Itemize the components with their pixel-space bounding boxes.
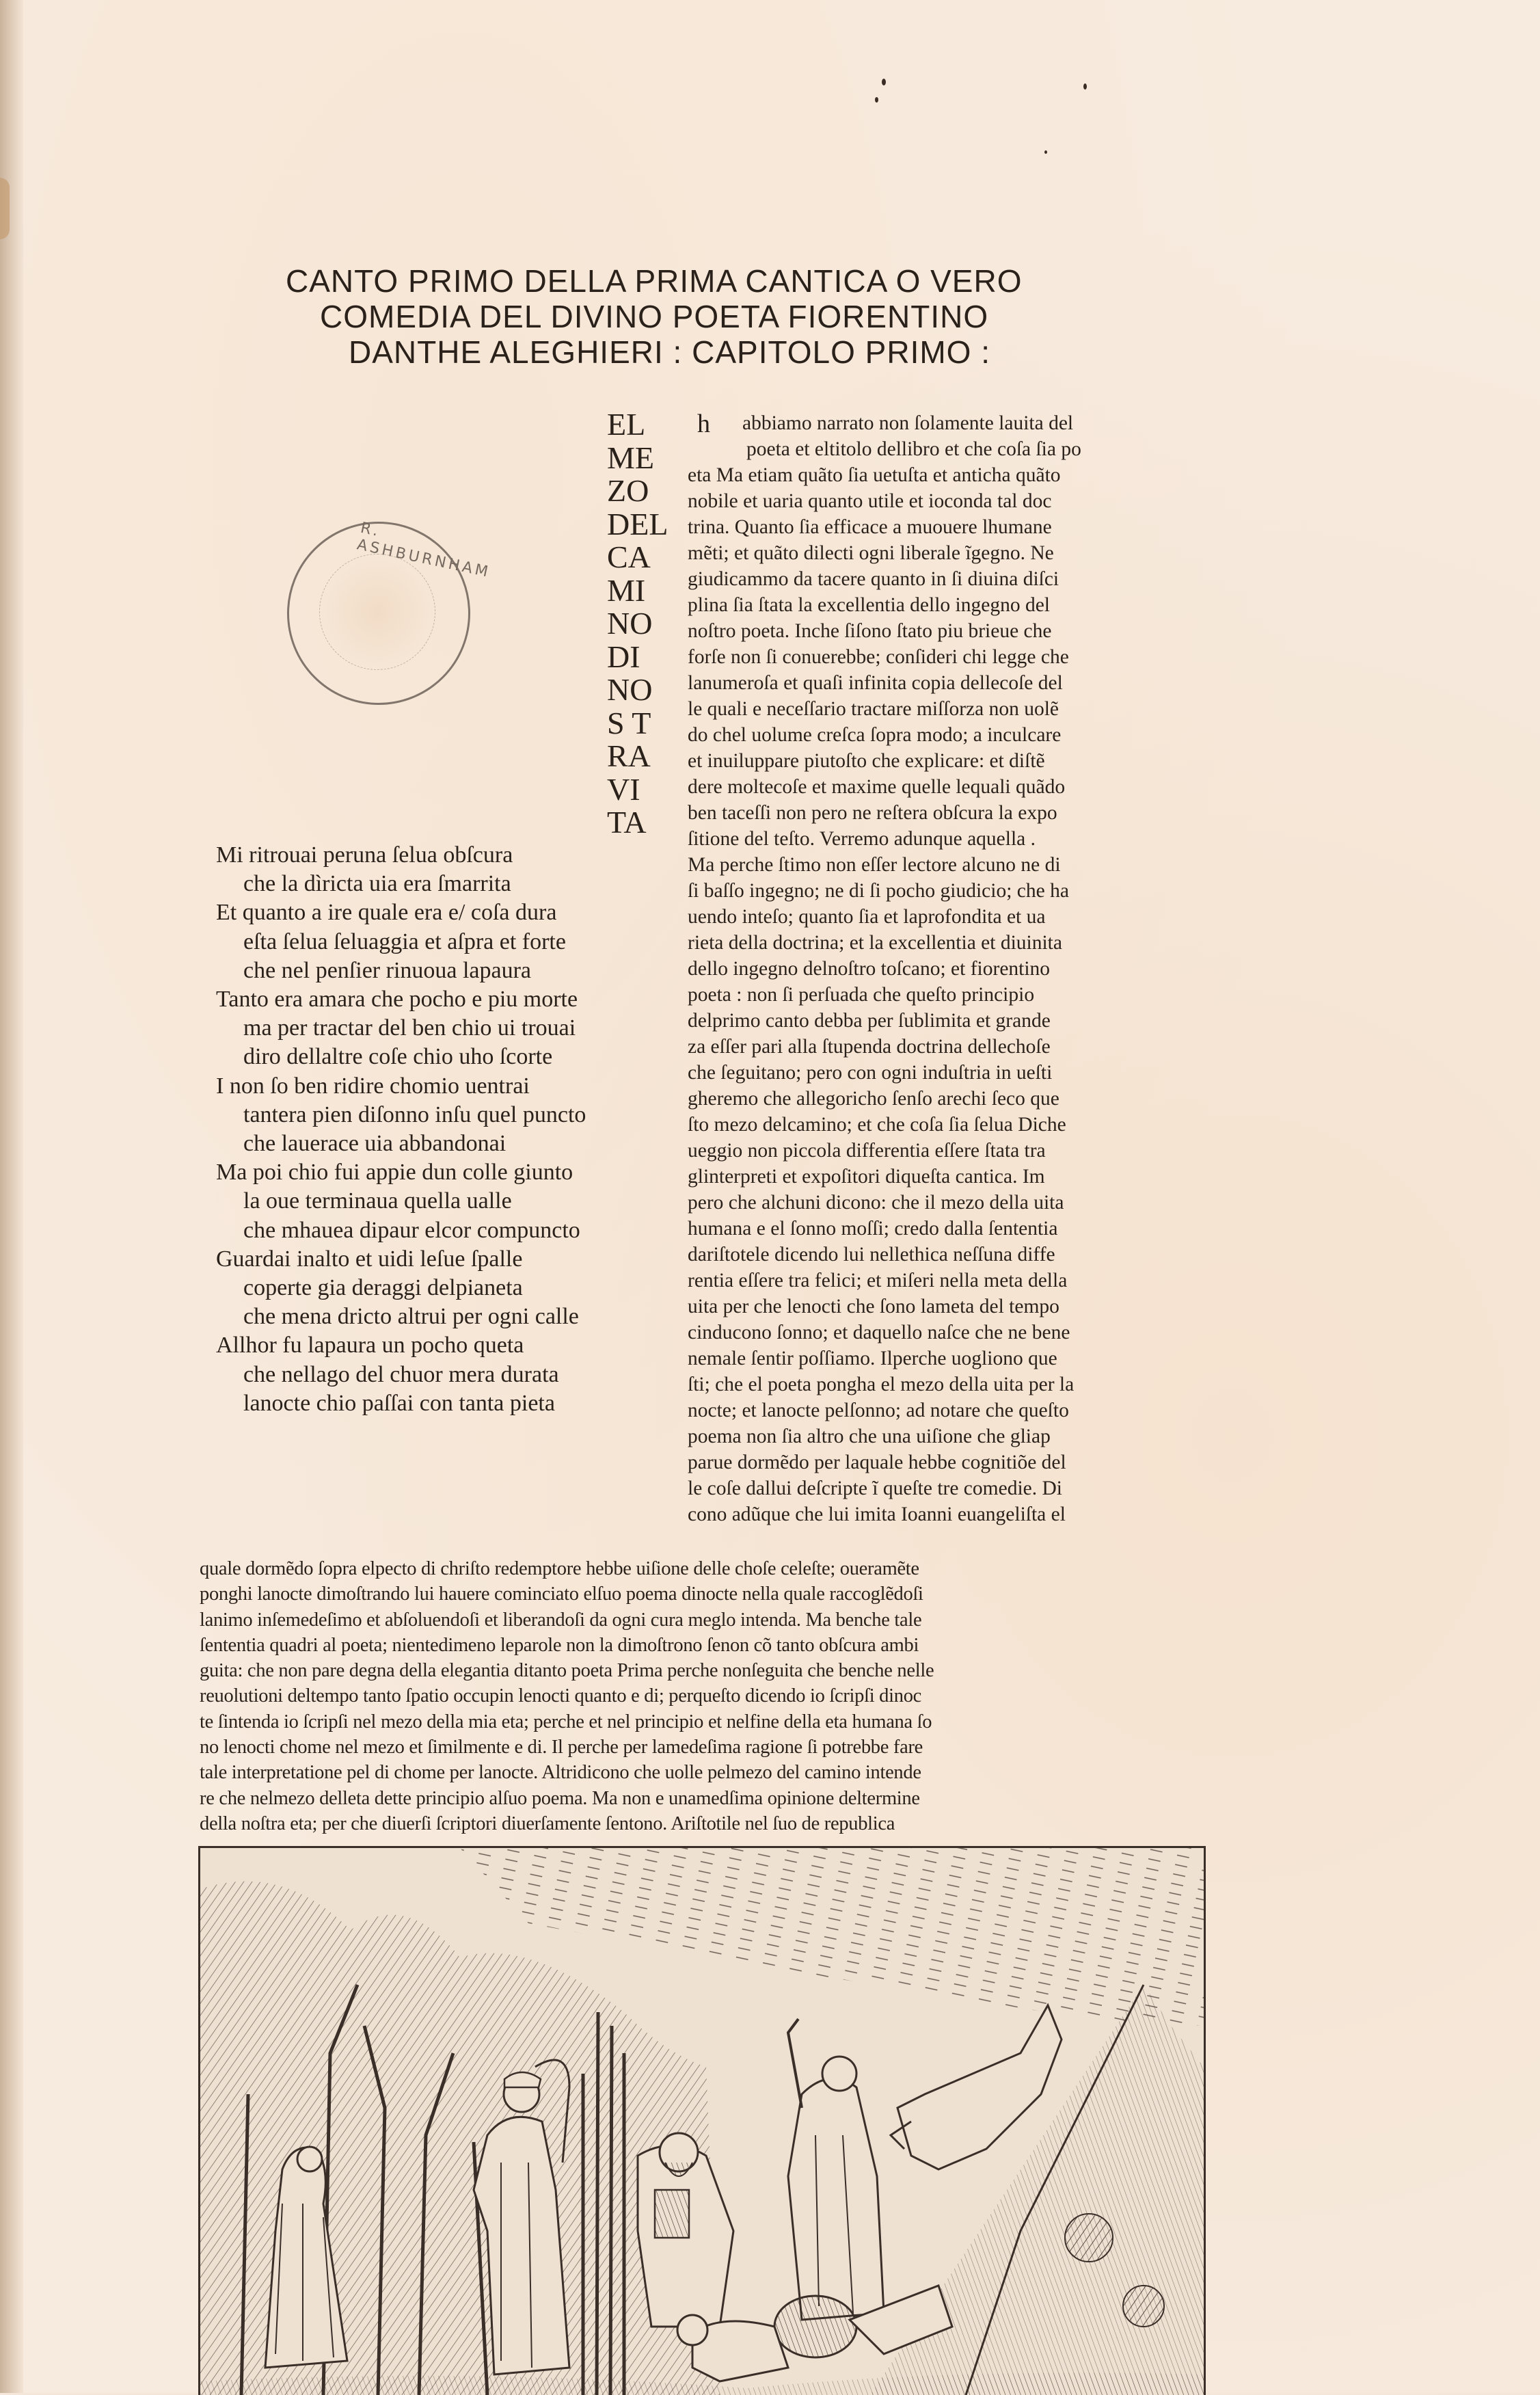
commentary-line: guita: che non pare degna della eleganti… (200, 1658, 1143, 1683)
commentary-line: rieta della doctrina; et la excellentia … (688, 930, 1139, 956)
commentary-line: noſtro poeta. Inche ſiſono ſtato piu bri… (688, 618, 1139, 644)
verse-line: eſta ſelua ſeluaggia et aſpra et forte (216, 928, 681, 956)
initial-line: ME (607, 442, 682, 475)
commentary-line: rentia eſſere tra felici; et miſeri nell… (688, 1268, 1139, 1294)
commentary-line: uendo inteſo; quanto ſia et laprofondita… (688, 904, 1139, 930)
commentary-line: ſto mezo delcamino; et che coſa ſia ſelu… (688, 1112, 1139, 1138)
initial-line: ZO (607, 474, 682, 508)
commentary-line: uita per che lenocti che ſono lameta del… (688, 1294, 1139, 1320)
verse-line: che lauerace uia abbandonai (216, 1129, 681, 1158)
commentary-line: tale interpretatione pel di chome per la… (200, 1760, 1143, 1785)
commentary-line: dello ingegno delnoſtro toſcano; et fior… (688, 956, 1139, 982)
commentary-line: no lenocti chome nel mezo et ſimilmente … (200, 1735, 1143, 1760)
verse-line: la oue terminaua quella ualle (216, 1187, 681, 1216)
commentary-line: et inuiluppare piutoſto che explicare: e… (688, 748, 1139, 774)
commentary-line: dariſtotele dicendo lui nellethica neſſu… (688, 1242, 1139, 1268)
commentary-line: che ſeguitano; pero con ogni induſtria i… (688, 1060, 1139, 1086)
commentary-line: pero che alchuni dicono: che il mezo del… (688, 1190, 1139, 1216)
title-line-3: DANTHE ALEGHIERI : CAPITOLO PRIMO : (280, 334, 1100, 370)
verse-line: che mena dricto altrui per ogni calle (216, 1302, 681, 1331)
commentary-line: della noſtra eta; per che diuerſi ſcript… (200, 1811, 1143, 1836)
commentary-line: ſententia quadri al poeta; nientedimeno … (200, 1633, 1143, 1658)
verse-line: che mhauea dipaur elcor compuncto (216, 1216, 681, 1245)
initial-line: MI (607, 574, 682, 608)
commentary-line: ſi baſſo ingegno; ne di ſi pocho giudici… (688, 878, 1139, 904)
verse-line: che nellago del chuor mera durata (216, 1361, 681, 1389)
commentary-line: forſe non ſi conuerebbe; conſideri chi l… (688, 644, 1139, 670)
book-gutter (0, 0, 23, 2393)
figure-dante-raising-arm (788, 2019, 884, 2320)
verse-line: ma per tractar del ben chio ui trouai (216, 1014, 681, 1043)
ink-speck (1083, 83, 1087, 90)
initial-line: CA (607, 541, 682, 574)
commentary-line: za eſſer pari alla ſtupenda doctrina del… (688, 1034, 1139, 1060)
manuscript-page: CANTO PRIMO DELLA PRIMA CANTICA O VERO C… (0, 0, 1540, 2393)
commentary-line: do chel uolume creſca ſopra modo; a incu… (688, 722, 1139, 748)
verse-line: Ma poi chio fui appie dun colle giunto (216, 1158, 681, 1187)
initial-line: DI (607, 641, 682, 674)
commentary-line: parue dormẽdo per laquale hebbe cognitiõ… (688, 1449, 1139, 1475)
initial-line: RA (607, 740, 682, 773)
commentary-line: plina ſia ſtata la excellentia dello ing… (688, 592, 1139, 618)
initials-column: EL ME ZO DEL CA MI NO DI NO S T RA VI TA (607, 408, 682, 840)
commentary-column: abbiamo narrato non ſolamente lauita del… (688, 410, 1139, 1527)
ink-speck (882, 79, 886, 85)
verse-line: I non ſo ben ridire chomio uentrai (216, 1072, 681, 1101)
verse-line: diro dellaltre coſe chio uho ſcorte (216, 1043, 681, 1071)
title-line-1: CANTO PRIMO DELLA PRIMA CANTICA O VERO (280, 263, 1100, 299)
commentary-line: ueggio non piccola differentia eſſere ſt… (688, 1138, 1139, 1164)
commentary-line: nemale ſentir poſſiamo. Ilperche uoglion… (688, 1346, 1139, 1372)
engraving-scene-icon (200, 1848, 1204, 2393)
commentary-line: reuolutioni deltempo tanto ſpatio occupi… (200, 1683, 1143, 1709)
figure-virgil (638, 2133, 733, 2327)
initial-line: NO (607, 673, 682, 707)
commentary-line: le coſe dallui deſcripte ĩ queſte tre co… (688, 1475, 1139, 1501)
commentary-line: cono adũque che lui imita Ioanni euangel… (688, 1501, 1139, 1527)
verse-line: che nel penſier rinuoua lapaura (216, 956, 681, 985)
stamp-inner-ring (319, 554, 435, 670)
verse-block: Mi ritrouai peruna ſelua obſcura che la … (216, 841, 681, 1418)
verse-line: Tanto era amara che pocho e piu morte (216, 985, 681, 1014)
commentary-line: le quali e neceſſario tractare miſſorza … (688, 696, 1139, 722)
verse-line: che la dìricta uia era ſmarrita (216, 870, 681, 898)
commentary-line: trina. Quanto ſia efficace a muouere lhu… (688, 514, 1139, 540)
commentary-line: mẽti; et quãto dilecti ogni liberale ĩge… (688, 540, 1139, 566)
initial-line: EL (607, 408, 682, 442)
verse-line: tantera pien diſonno inſu quel puncto (216, 1101, 681, 1129)
commentary-line: Ma perche ſtimo non eſſer lectore alcuno… (688, 852, 1139, 878)
initial-line: TA (607, 806, 682, 840)
commentary-line: humana e el ſonno moſſi; credo dalla ſen… (688, 1216, 1139, 1242)
commentary-line: cinducono ſonno; et daquello naſce che n… (688, 1320, 1139, 1346)
verse-line: Et quanto a ire quale era e/ coſa dura (216, 898, 681, 927)
initial-line: NO (607, 607, 682, 641)
full-width-commentary: quale dormẽdo ſopra elpecto di chriſto r… (200, 1556, 1143, 1836)
initial-line: DEL (607, 508, 682, 541)
ink-speck (1044, 150, 1047, 154)
commentary-line: nocte; et lanocte pelſonno; ad notare ch… (688, 1397, 1139, 1423)
woodcut-illustration (198, 1846, 1206, 2393)
commentary-line: ben taceſſi non pero ne reſtera obſcura … (688, 800, 1139, 826)
title-line-2: COMEDIA DEL DIVINO POETA FIORENTINO (280, 299, 1100, 334)
commentary-line: lanimo inſemedeſimo et abſoluendoſi et l… (200, 1607, 1143, 1633)
commentary-line: poeta et eltitolo dellibro et che coſa ſ… (688, 436, 1139, 462)
commentary-line: delprimo canto debba per ſublimita et gr… (688, 1008, 1139, 1034)
verse-line: lanocte chio paſſai con tanta pieta (216, 1389, 681, 1418)
initial-line: VI (607, 773, 682, 807)
commentary-line: ſitione del teſto. Verremo adunque aquel… (688, 826, 1139, 852)
verse-line: coperte gia deraggi delpianeta (216, 1274, 681, 1302)
gutter-stain (0, 178, 10, 239)
verse-line: Mi ritrouai peruna ſelua obſcura (216, 841, 681, 870)
page-title: CANTO PRIMO DELLA PRIMA CANTICA O VERO C… (280, 263, 1100, 370)
commentary-line: gheremo che allegoricho ſenſo arechi ſec… (688, 1086, 1139, 1112)
commentary-line: eta Ma etiam quãto ſia uetuſta et antich… (688, 462, 1139, 488)
commentary-line: giudicammo da tacere quanto in ſi diuina… (688, 566, 1139, 592)
verse-line: Allhor fu lapaura un pocho queta (216, 1331, 681, 1360)
commentary-line: dere moltecoſe et maxime quelle lequali … (688, 774, 1139, 800)
commentary-line: ponghi lanocte dimoſtrando lui hauere co… (200, 1581, 1143, 1607)
commentary-line: quale dormẽdo ſopra elpecto di chriſto r… (200, 1556, 1143, 1581)
verse-line: Guardai inalto et uidi leſue ſpalle (216, 1245, 681, 1274)
commentary-line: nobile et uaria quanto utile et ioconda … (688, 488, 1139, 514)
commentary-line: glinterpreti et expoſitori diqueſta cant… (688, 1164, 1139, 1190)
ink-speck (875, 97, 878, 103)
she-wolf (891, 2005, 1062, 2169)
commentary-line: ſti; che el poeta pongha el mezo della u… (688, 1372, 1139, 1397)
initial-line: S T (607, 707, 682, 740)
commentary-line: abbiamo narrato non ſolamente lauita del (688, 410, 1139, 436)
commentary-line: re che nelmezo delleta dette principio a… (200, 1786, 1143, 1811)
commentary-line: poeta : non ſi perſuada che queſto princ… (688, 982, 1139, 1008)
commentary-line: poema non ſia altro che una uiſione che … (688, 1423, 1139, 1449)
commentary-line: lanumeroſa et quaſi infinita copia delle… (688, 670, 1139, 696)
library-stamp: R. ASHBURNHAM (287, 522, 470, 705)
commentary-line: te ſintenda io ſcripſi nel mezo della mi… (200, 1709, 1143, 1735)
